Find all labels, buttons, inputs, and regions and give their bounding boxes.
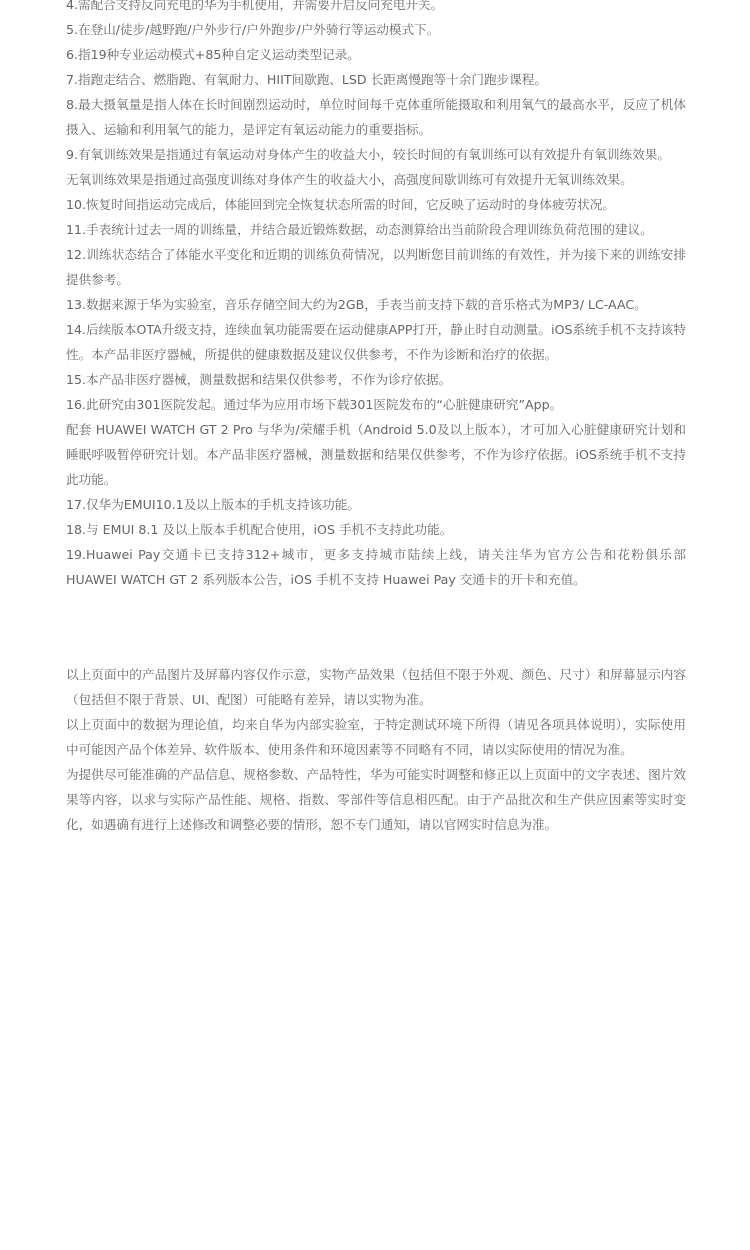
footnote-11: 11.手表统计过去一周的训练量，并结合最近锻炼数据，动态测算给出当前阶段合理训练… (66, 217, 686, 242)
footnote-12: 12.训练状态结合了体能水平变化和近期的训练负荷情况，以判断您目前训练的有效性，… (66, 242, 686, 292)
footnote-9: 9.有氧训练效果是指通过有氧运动对身体产生的收益大小，较长时间的有氧训练可以有效… (66, 142, 686, 167)
disclaimer-images: 以上页面中的产品图片及屏幕内容仅作示意，实物产品效果（包括但不限于外观、颜色、尺… (66, 662, 686, 712)
footnote-15: 15.本产品非医疗器械，测量数据和结果仅供参考，不作为诊疗依据。 (66, 367, 686, 392)
footnote-4: 4.需配合支持反向充电的华为手机使用，并需要开启反向充电开关。 (66, 0, 686, 17)
footnote-14: 14.后续版本OTA升级支持，连续血氧功能需要在运动健康APP打开，静止时自动测… (66, 317, 686, 367)
footnotes-list: 4.需配合支持反向充电的华为手机使用，并需要开启反向充电开关。 5.在登山/徒步… (66, 0, 686, 592)
footnote-13: 13.数据来源于华为实验室，音乐存储空间大约为2GB，手表当前支持下载的音乐格式… (66, 292, 686, 317)
footnote-16-detail: 配套 HUAWEI WATCH GT 2 Pro 与华为/荣耀手机（Androi… (66, 417, 686, 492)
footnote-7: 7.指跑走结合、燃脂跑、有氧耐力、HIIT间歇跑、LSD 长距离慢跑等十余门跑步… (66, 67, 686, 92)
footnote-17: 17.仅华为EMUI10.1及以上版本的手机支持该功能。 (66, 492, 686, 517)
footnote-16: 16.此研究由301医院发起。通过华为应用市场下载301医院发布的“心脏健康研究… (66, 392, 686, 417)
footnote-19: 19.Huawei Pay交通卡已支持312+城市，更多支持城市陆续上线，请关注… (66, 542, 686, 592)
footnote-6: 6.指19种专业运动模式+85种自定义运动类型记录。 (66, 42, 686, 67)
disclaimer-section: 以上页面中的产品图片及屏幕内容仅作示意，实物产品效果（包括但不限于外观、颜色、尺… (66, 662, 686, 837)
footnote-8: 8.最大摄氧量是指人体在长时间剧烈运动时，单位时间每千克体重所能摄取和利用氧气的… (66, 92, 686, 142)
disclaimer-updates: 为提供尽可能准确的产品信息、规格参数、产品特性，华为可能实时调整和修正以上页面中… (66, 762, 686, 837)
footnote-5: 5.在登山/徒步/越野跑/户外步行/户外跑步/户外骑行等运动模式下。 (66, 17, 686, 42)
footnote-18: 18.与 EMUI 8.1 及以上版本手机配合使用，iOS 手机不支持此功能。 (66, 517, 686, 542)
footnote-10: 10.恢复时间指运动完成后，体能回到完全恢复状态所需的时间，它反映了运动时的身体… (66, 192, 686, 217)
disclaimer-data: 以上页面中的数据为理论值，均来自华为内部实验室，于特定测试环境下所得（请见各项具… (66, 712, 686, 762)
footnote-9-anaerobic: 无氧训练效果是指通过高强度训练对身体产生的收益大小，高强度间歇训练可有效提升无氧… (66, 167, 686, 192)
